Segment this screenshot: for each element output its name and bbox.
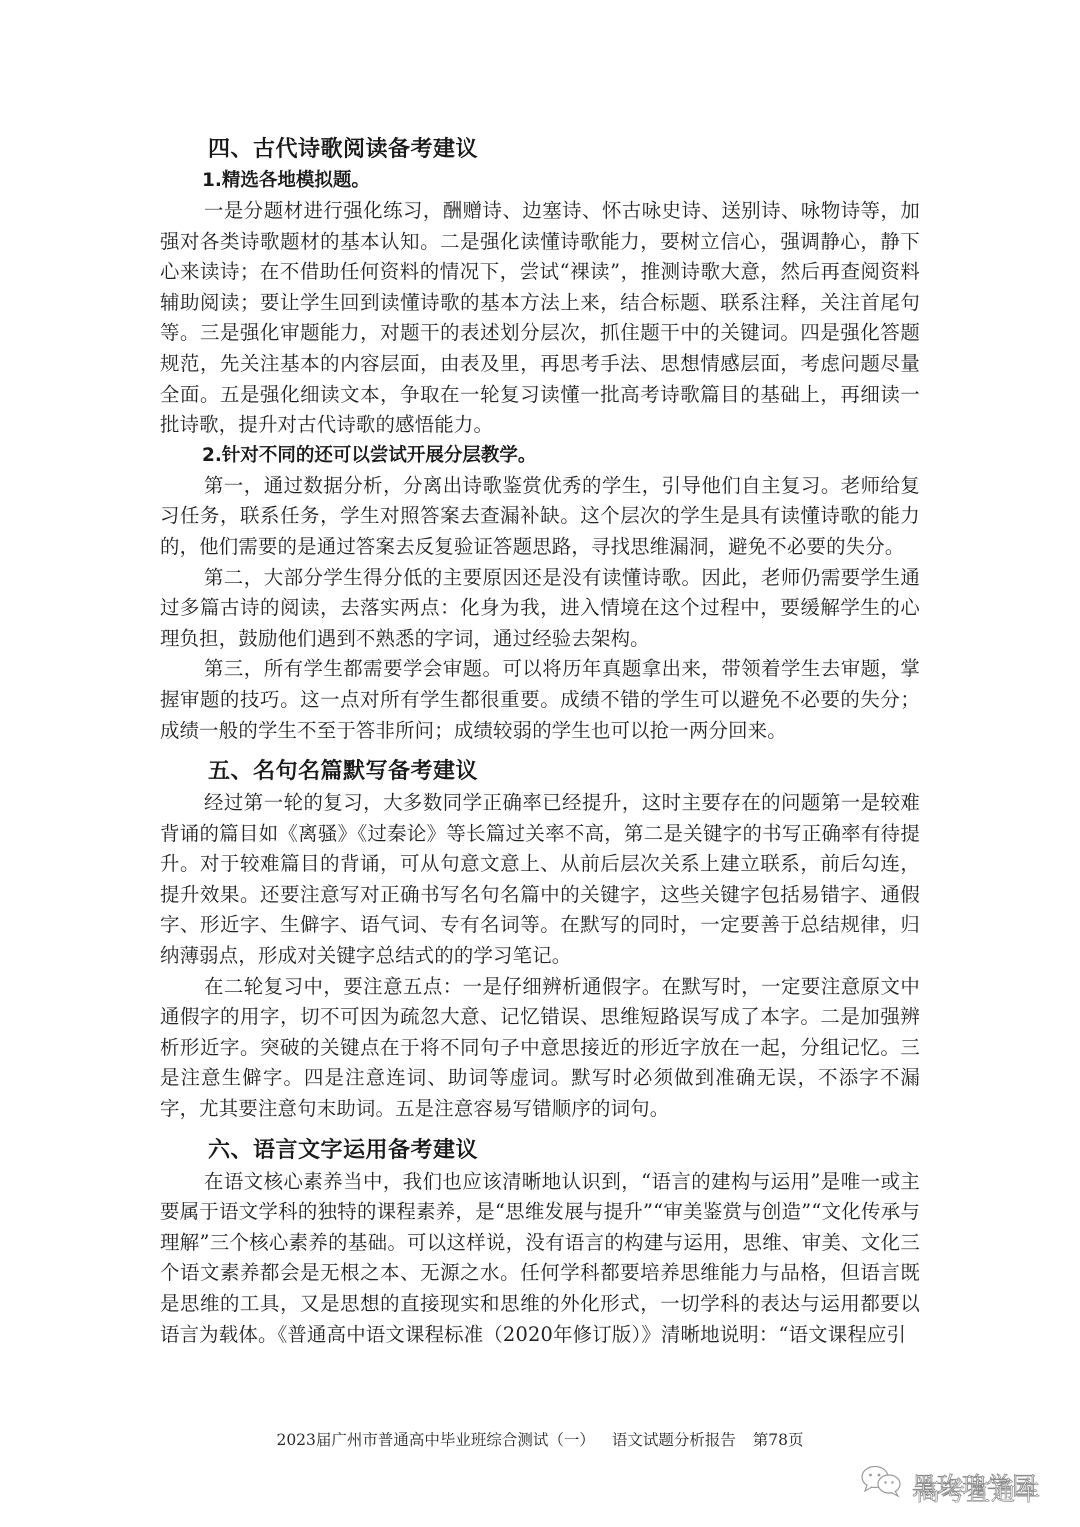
paragraph: 第三，所有学生都需要学会审题。可以将历年真题拿出来，带领着学生去审题，掌握审题的…: [160, 654, 920, 746]
subsection-title-4-2: 2.针对不同的还可以尝试开展分层教学。: [160, 441, 920, 471]
section-heading-5: 五、名句名篇默写备考建议: [160, 756, 920, 788]
page-footer: 2023届广州市普通高中毕业班综合测试（一） 语文试题分析报告 第78页: [0, 1428, 1080, 1450]
subsection-title-4-1: 1.精选各地模拟题。: [160, 166, 920, 196]
footer-page-number: 第78页: [753, 1431, 804, 1449]
paragraph: 第一，通过数据分析，分离出诗歌鉴赏优秀的学生，引导他们自主复习。老师给复习任务，…: [160, 471, 920, 563]
paragraph: 经过第一轮的复习，大多数同学正确率已经提升，这时主要存在的问题第一是较难背诵的篇…: [160, 788, 920, 972]
paragraph: 在二轮复习中，要注意五点：一是仔细辨析通假字。在默写时，一定要注意原文中通假字的…: [160, 972, 920, 1125]
paragraph: 一是分题材进行强化练习，酬赠诗、边塞诗、怀古咏史诗、送别诗、咏物诗等，加强对各类…: [160, 196, 920, 441]
section-heading-6: 六、语言文字运用备考建议: [160, 1135, 920, 1167]
watermark: 黑玫瑰学园 高考直通车: [860, 1462, 1080, 1502]
section-heading-4: 四、古代诗歌阅读备考建议: [160, 134, 920, 166]
watermark-text-secondary: 高考直通车: [916, 1472, 1041, 1507]
footer-report-subject: 语文试题分析报告: [612, 1431, 736, 1449]
paragraph: 第二，大部分学生得分低的主要原因还是没有读懂诗歌。因此，老师仍需要学生通过多篇古…: [160, 563, 920, 655]
wechat-icon: [860, 1464, 904, 1498]
footer-report-title: 2023届广州市普通高中毕业班综合测试（一）: [276, 1431, 594, 1449]
paragraph: 在语文核心素养当中，我们也应该清晰地认识到，“语言的建构与运用”是唯一或主要属于…: [160, 1167, 920, 1351]
document-page: 四、古代诗歌阅读备考建议 1.精选各地模拟题。 一是分题材进行强化练习，酬赠诗、…: [160, 134, 920, 1350]
